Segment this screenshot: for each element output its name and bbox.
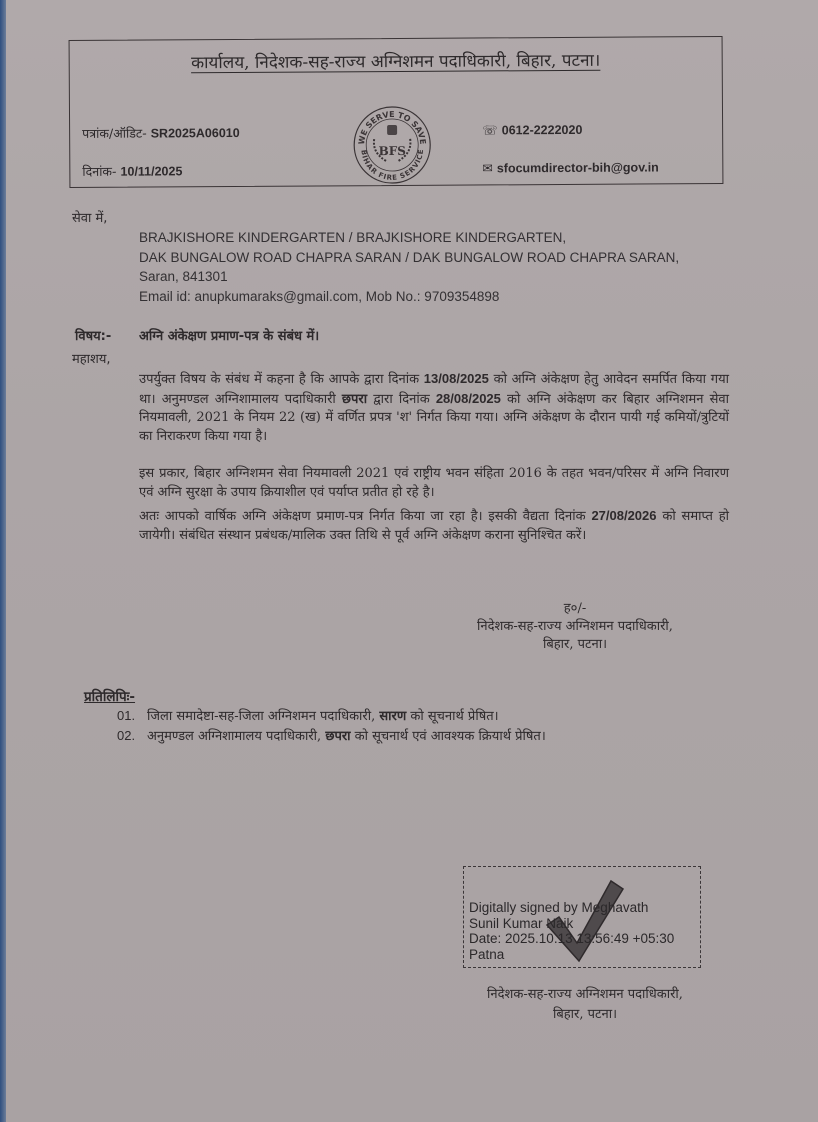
audit-date: 28/08/2025 — [436, 391, 501, 406]
text: को सूचनार्थ एवं आवश्यक क्रियार्थ प्रेषित… — [351, 729, 546, 744]
recipient-address: BRAJKISHORE KINDERGARTEN / BRAJKISHORE K… — [139, 228, 679, 306]
letterhead: कार्यालय, निदेशक-सह-राज्य अग्निशमन पदाधि… — [69, 36, 724, 188]
item-number: 01. — [117, 708, 147, 723]
phone-icon: ☏ — [482, 122, 498, 137]
phone-number: ☏ 0612-2222020 — [482, 122, 582, 138]
place-name: छपरा — [342, 392, 367, 407]
envelope-icon: ✉ — [482, 160, 493, 175]
bihar-fire-service-emblem: WE SERVE TO SAVE BIHAR FIRE SERVICE BFS — [352, 105, 432, 185]
signature-block-1: ह०/- निदेशक-सह-राज्य अग्निशमन पदाधिकारी,… — [440, 600, 710, 654]
paragraph-3: अतः आपको वार्षिक अग्नि अंकेक्षण प्रमाण-प… — [139, 507, 729, 545]
paragraph-2: इस प्रकार, बिहार अग्निशमन सेवा नियमावली … — [139, 465, 729, 502]
recipient-line: BRAJKISHORE KINDERGARTEN / BRAJKISHORE K… — [139, 228, 679, 248]
phone-value: 0612-2222020 — [502, 123, 583, 137]
svg-text:BFS: BFS — [379, 144, 406, 158]
date-label: दिनांक- — [82, 164, 116, 179]
subject-text: अग्नि अंकेक्षण प्रमाण-पत्र के संबंध में। — [139, 326, 319, 344]
office-title: कार्यालय, निदेशक-सह-राज्य अग्निशमन पदाधि… — [70, 47, 722, 74]
sign-date: Date: 2025.10.13 13:56:49 +05:30 — [469, 931, 674, 947]
digital-signature-text: Digitally signed by Meghavath Sunil Kuma… — [469, 900, 674, 962]
place-name: सारण — [379, 709, 406, 724]
signatory-designation: निदेशक-सह-राज्य अग्निशमन पदाधिकारी, — [440, 618, 710, 636]
copy-to-item: 02.अनुमण्डल अग्निशामालय पदाधिकारी, छपरा … — [117, 726, 546, 744]
office-email: ✉ sfocumdirector-bih@gov.in — [482, 159, 659, 175]
office-title-text: कार्यालय, निदेशक-सह-राज्य अग्निशमन पदाधि… — [191, 51, 600, 73]
signed-mark: ह०/- — [440, 600, 710, 618]
sign-location: Patna — [469, 947, 674, 963]
text: को सूचनार्थ प्रेषित। — [406, 709, 498, 724]
greeting: महाशय, — [72, 349, 111, 367]
subject-label: विषय:- — [75, 326, 111, 344]
signer-name: Sunil Kumar Naik — [469, 916, 674, 932]
text: अतः आपको वार्षिक अग्नि अंकेक्षण प्रमाण-प… — [139, 509, 591, 524]
recipient-line: DAK BUNGALOW ROAD CHAPRA SARAN / DAK BUN… — [139, 248, 679, 268]
place-name: छपरा — [325, 729, 350, 744]
reference-number: पत्रांक/ऑडिट- SR2025A06010 — [82, 124, 240, 142]
item-number: 02. — [117, 728, 147, 743]
signatory-designation: निदेशक-सह-राज्य अग्निशमन पदाधिकारी, — [440, 985, 730, 1005]
recipient-line: Saran, 841301 — [139, 267, 679, 287]
copy-to-item: 01.जिला समादेष्टा-सह-जिला अग्निशमन पदाधि… — [117, 706, 499, 724]
letter-date: दिनांक- 10/11/2025 — [82, 162, 182, 180]
date-value: 10/11/2025 — [120, 164, 182, 178]
recipient-contact: Email id: anupkumaraks@gmail.com, Mob No… — [139, 287, 679, 307]
text: जिला समादेष्टा-सह-जिला अग्निशमन पदाधिकार… — [147, 709, 379, 724]
to-label: सेवा में, — [72, 208, 107, 226]
copy-to-label: प्रतिलिपिः- — [84, 687, 135, 705]
text: द्वारा दिनांक — [367, 392, 436, 407]
ref-label: पत्रांक/ऑडिट- — [82, 126, 147, 141]
signer-line: Digitally signed by Meghavath — [469, 900, 674, 916]
text: उपर्युक्त विषय के संबंध में कहना है कि आ… — [139, 372, 424, 387]
text: अनुमण्डल अग्निशामालय पदाधिकारी, — [147, 729, 325, 744]
signatory-location: बिहार, पटना। — [440, 1005, 730, 1025]
digital-signature-box: Digitally signed by Meghavath Sunil Kuma… — [463, 866, 701, 968]
email-value: sfocumdirector-bih@gov.in — [497, 160, 659, 175]
paragraph-1: उपर्युक्त विषय के संबंध में कहना है कि आ… — [139, 370, 729, 447]
signature-block-2: निदेशक-सह-राज्य अग्निशमन पदाधिकारी, बिहा… — [440, 985, 730, 1025]
ref-value: SR2025A06010 — [151, 126, 240, 141]
application-date: 13/08/2025 — [424, 371, 489, 386]
validity-date: 27/08/2026 — [591, 508, 656, 523]
signatory-location: बिहार, पटना। — [440, 636, 710, 654]
